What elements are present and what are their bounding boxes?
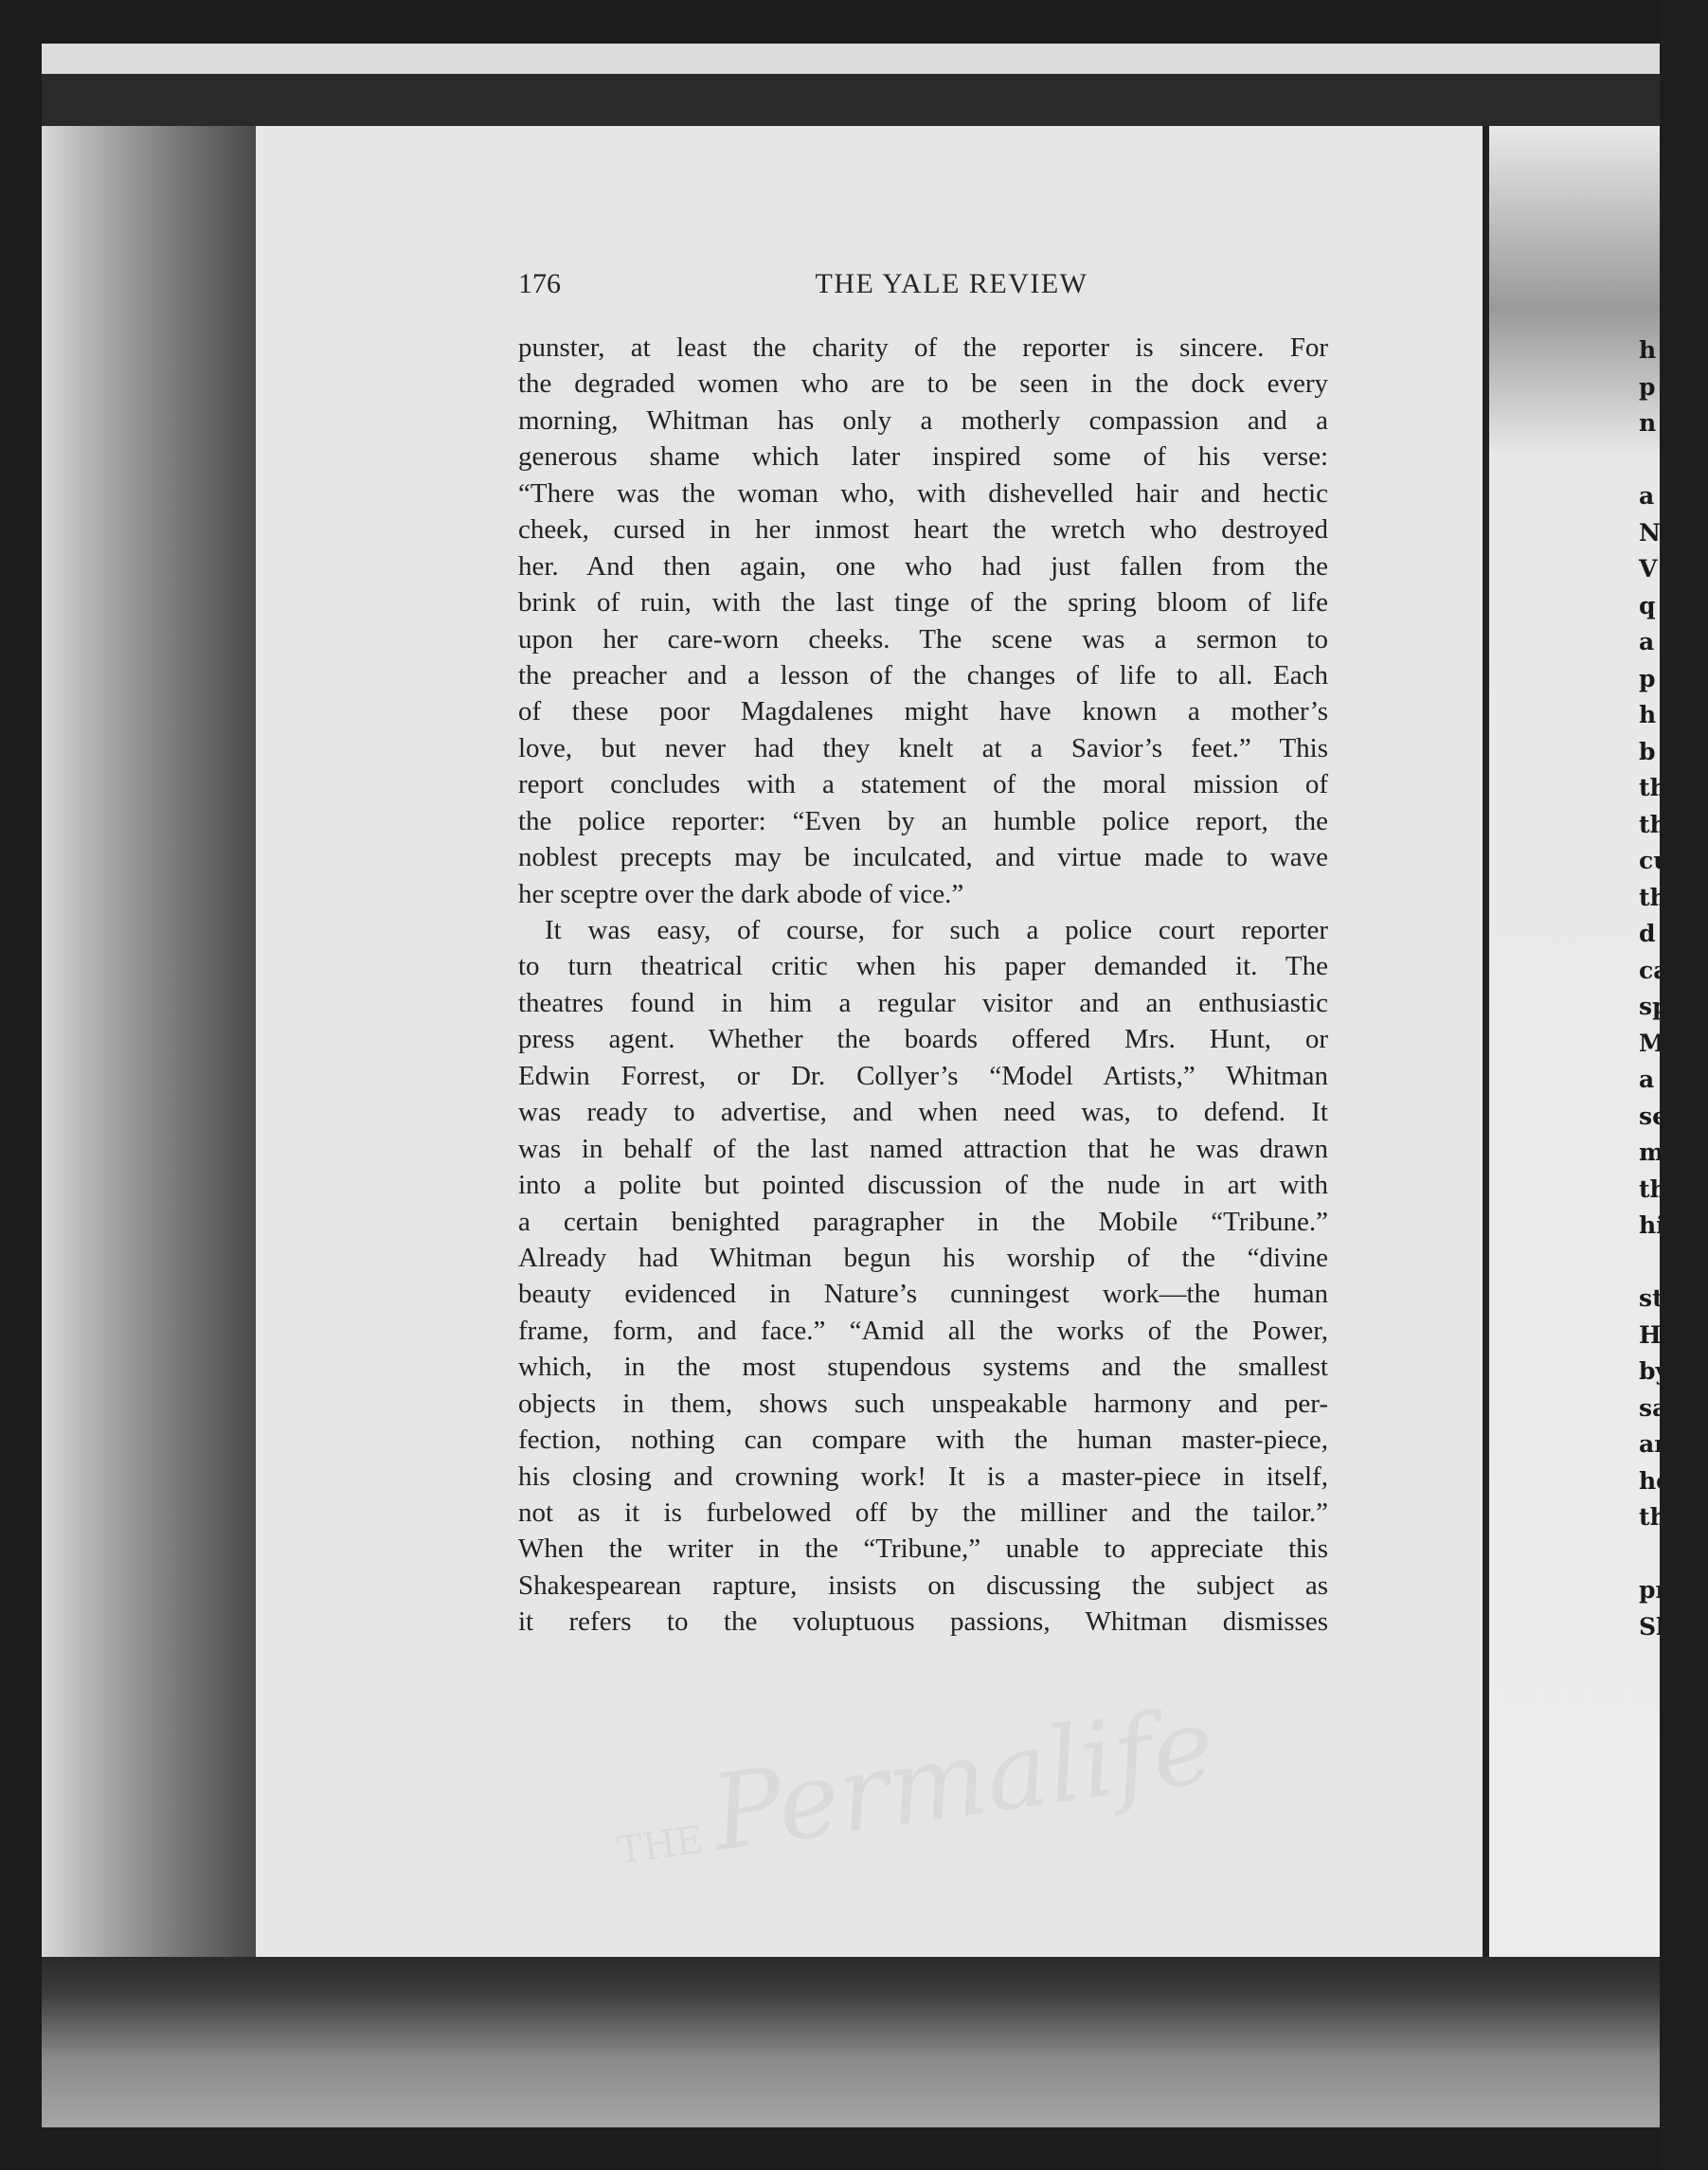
text-line: frame, form, and face.” “Amid all the wo… (518, 1313, 1328, 1349)
text-line: her. And then again, one who had just fa… (518, 548, 1328, 584)
text-line: a certain benighted paragrapher in the M… (518, 1204, 1328, 1240)
text-line: the degraded women who are to be seen in… (518, 366, 1328, 402)
text-line: generous shame which later inspired some… (518, 439, 1328, 475)
text-line: theatres found in him a regular visitor … (518, 985, 1328, 1021)
film-right-edge (1660, 0, 1708, 2170)
text-line: brink of ruin, with the last tinge of th… (518, 584, 1328, 620)
running-title: THE YALE REVIEW (518, 268, 1328, 300)
text-line: it refers to the voluptuous passions, Wh… (518, 1604, 1328, 1640)
film-left-shadow (42, 126, 256, 1957)
text-line: of these poor Magdalenes might have know… (518, 693, 1328, 729)
text-line: Shakespearean rapture, insists on discus… (518, 1568, 1328, 1604)
facing-page-fragment: h p n a N V q a p h b th th cu th d ca s… (1489, 126, 1663, 1957)
text-line: beauty evidenced in Nature’s cunningest … (518, 1276, 1328, 1312)
film-top-strip (42, 44, 1662, 74)
text-line: “There was the woman who, with dishevell… (518, 475, 1328, 511)
text-line: his closing and crowning work! It is a m… (518, 1459, 1328, 1495)
text-line: cheek, cursed in her inmost heart the wr… (518, 511, 1328, 547)
text-line: which, in the most stupendous systems an… (518, 1349, 1328, 1385)
text-line: was ready to advertise, and when need wa… (518, 1094, 1328, 1130)
text-line: the police reporter: “Even by an humble … (518, 803, 1328, 839)
film-top-band (42, 74, 1662, 126)
text-line: press agent. Whether the boards offered … (518, 1021, 1328, 1057)
text-line: Edwin Forrest, or Dr. Collyer’s “Model A… (518, 1058, 1328, 1094)
watermark-prefix: THE (615, 1818, 706, 1873)
text-line: noblest precepts may be inculcated, and … (518, 839, 1328, 875)
text-line: morning, Whitman has only a motherly com… (518, 403, 1328, 439)
text-line: her sceptre over the dark abode of vice.… (518, 876, 1328, 912)
text-line: into a polite but pointed discussion of … (518, 1167, 1328, 1203)
page-header: 176 THE YALE REVIEW (518, 268, 1328, 306)
text-line: the preacher and a lesson of the changes… (518, 657, 1328, 693)
text-line: upon her care-worn cheeks. The scene was… (518, 621, 1328, 657)
text-line: objects in them, shows such unspeakable … (518, 1386, 1328, 1422)
film-bottom-band (42, 1957, 1662, 2127)
text-line: fection, nothing can compare with the hu… (518, 1422, 1328, 1458)
text-line: love, but never had they knelt at a Savi… (518, 730, 1328, 766)
text-line: Already had Whitman begun his worship of… (518, 1240, 1328, 1276)
text-line: was in behalf of the last named attracti… (518, 1131, 1328, 1167)
text-line: to turn theatrical critic when his paper… (518, 948, 1328, 984)
page-gutter (1483, 126, 1489, 1957)
text-line: report concludes with a statement of the… (518, 766, 1328, 802)
body-text: punster, at least the charity of the rep… (518, 330, 1328, 1641)
text-line: not as it is furbelowed off by the milli… (518, 1495, 1328, 1531)
text-line: punster, at least the charity of the rep… (518, 330, 1328, 366)
text-line: When the writer in the “Tribune,” unable… (518, 1531, 1328, 1567)
text-line: It was easy, of course, for such a polic… (518, 912, 1328, 948)
